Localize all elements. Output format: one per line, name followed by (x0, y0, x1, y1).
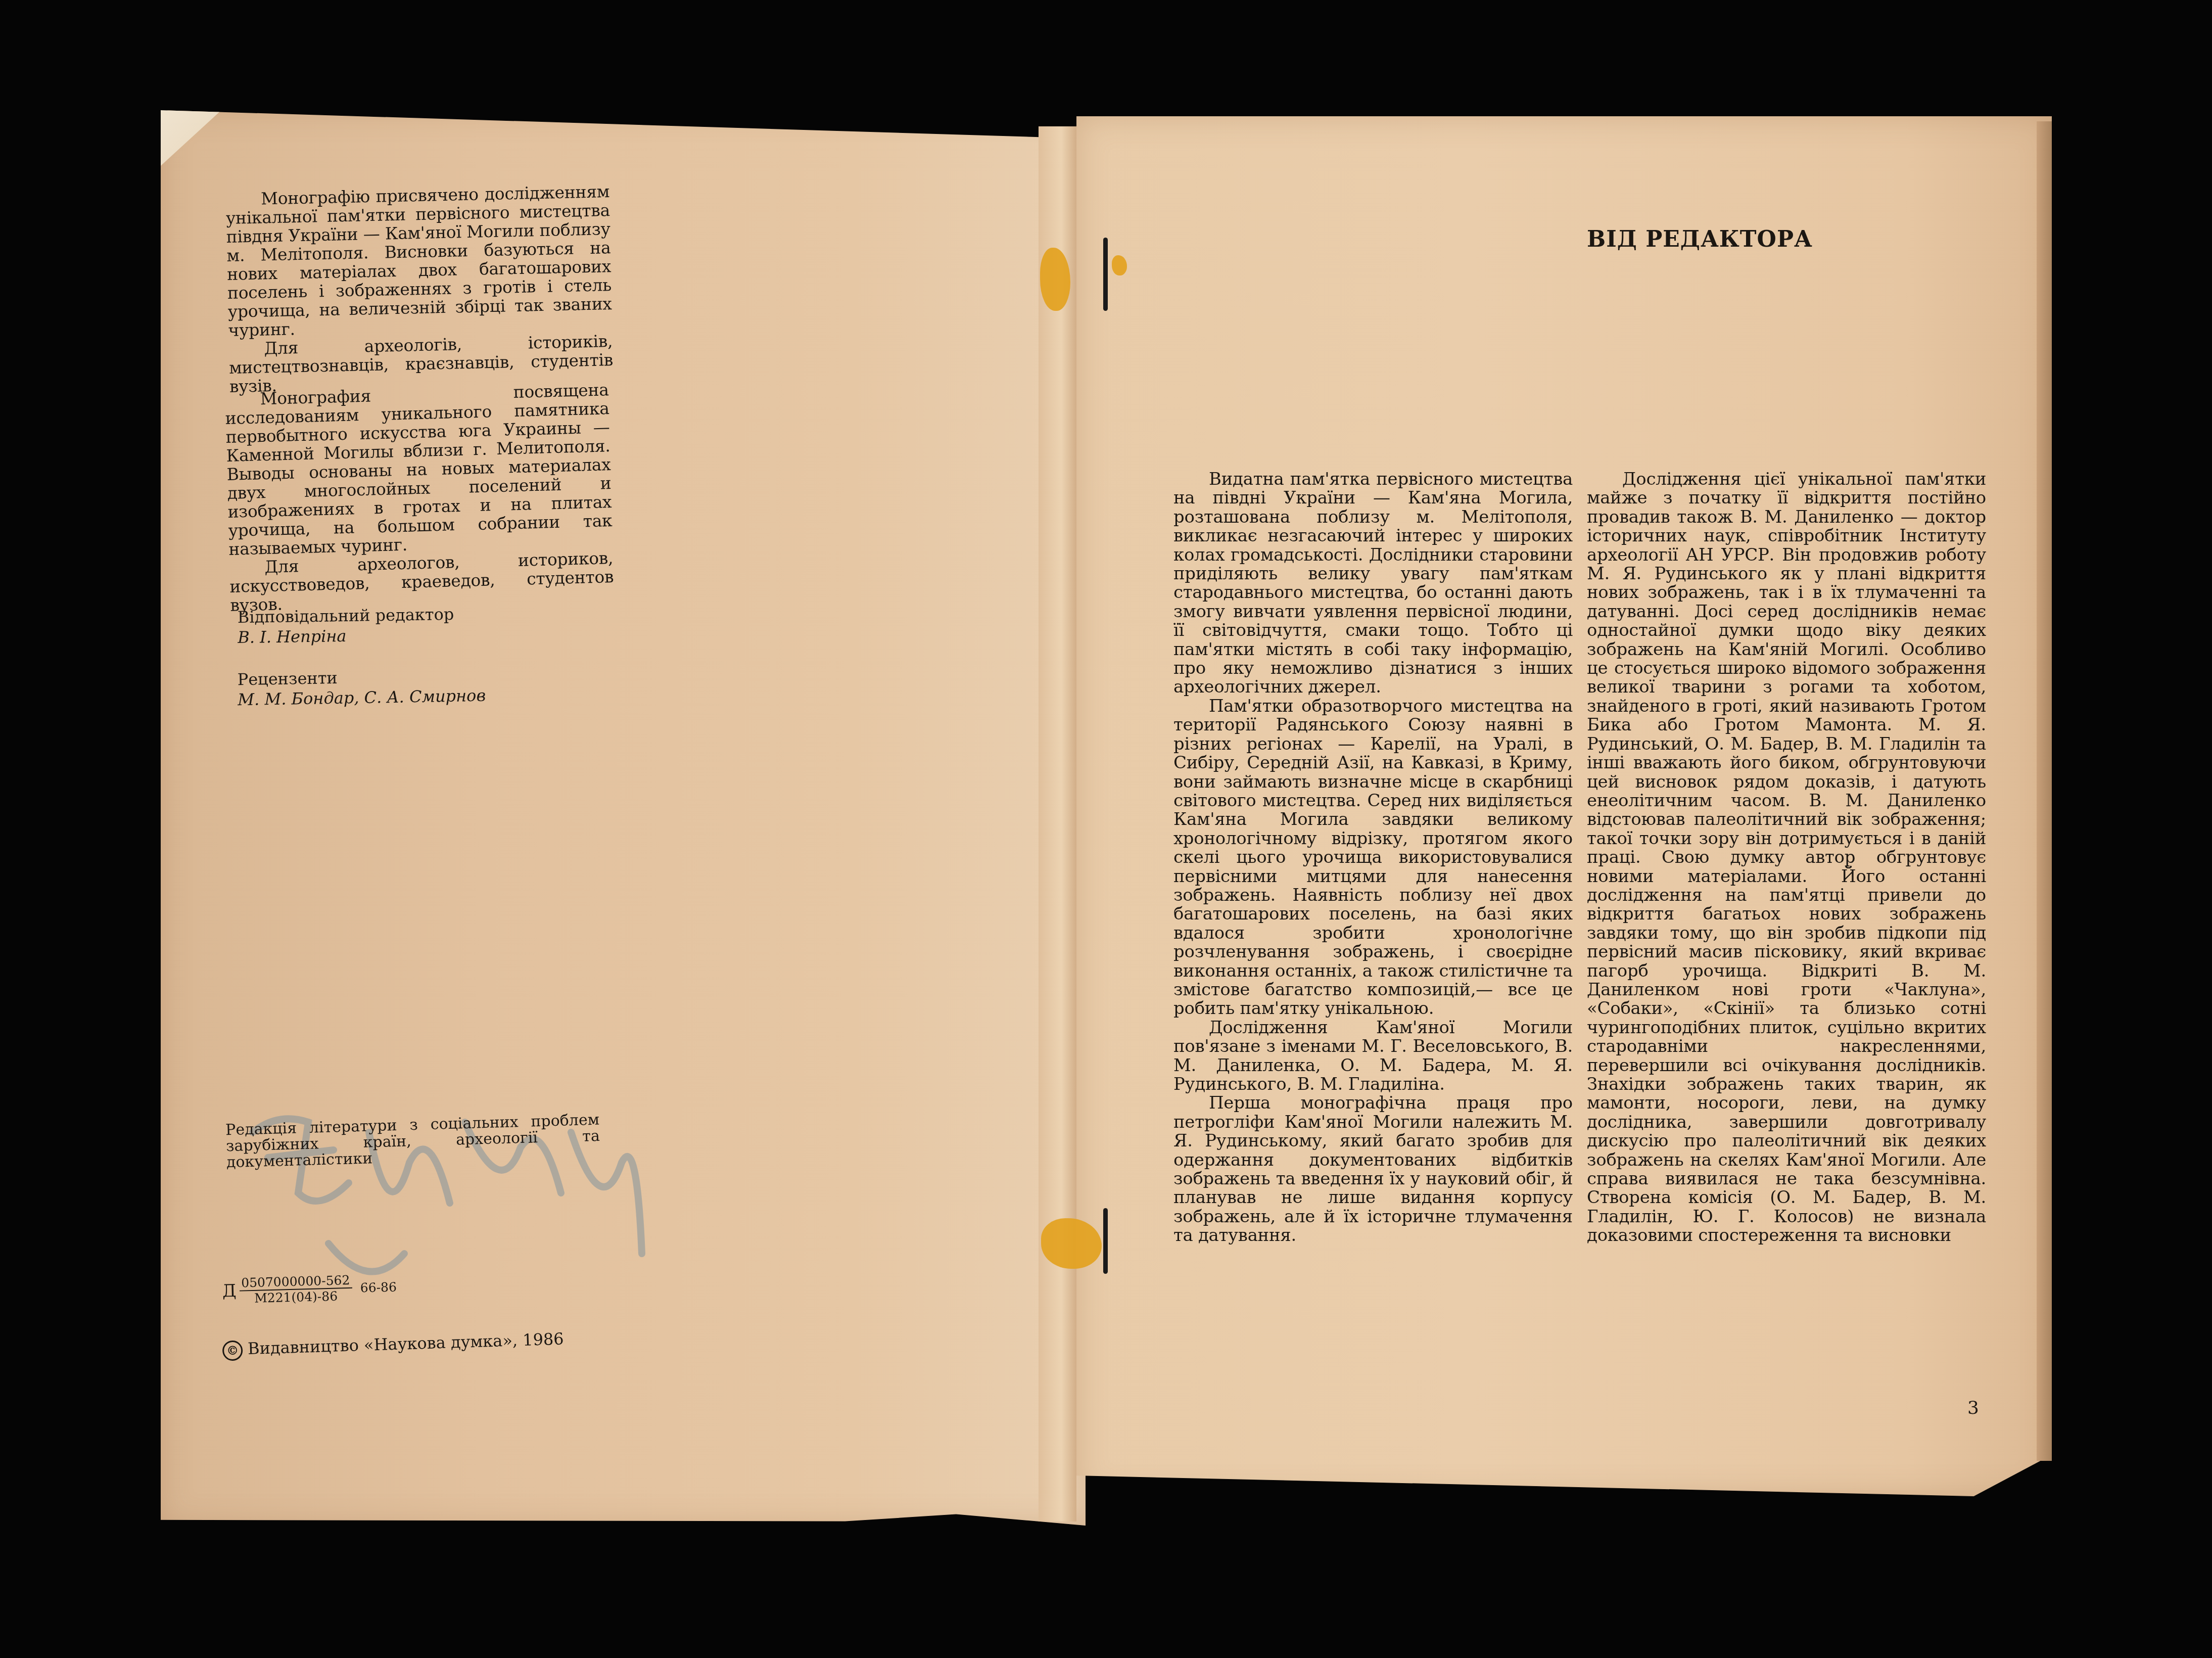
book-spine-gutter (1039, 126, 1076, 1522)
staple-top-icon (1103, 238, 1108, 311)
index-tail: 66-86 (360, 1279, 397, 1295)
reviewers: Рецензенти М. М. Бондар, С. А. Смирнов (237, 665, 486, 710)
worn-corner (161, 110, 221, 166)
editor-name: В. І. Непріна (238, 624, 454, 648)
responsible-editor: Відповідальний редактор В. І. Непріна (237, 604, 454, 648)
reviewers-names: М. М. Бондар, С. А. Смирнов (238, 685, 486, 710)
text-column-left: Видатна пам'ятка первісного мистецтва на… (1173, 470, 1573, 1246)
page-title: ВІД РЕДАКТОРА (1587, 226, 1813, 252)
annotation-ua-text: Монографію присвячено дослідженням уніка… (225, 182, 613, 340)
staple-bottom-icon (1103, 1208, 1108, 1274)
paragraph: Дослідження Кам'яної Могили пов'язане з … (1173, 1019, 1573, 1094)
paragraph: Видатна пам'ятка первісного мистецтва на… (1173, 470, 1573, 697)
publication-index-code: Д 0507000000-562 М221(04)-86 66-86 (222, 1271, 397, 1306)
index-denominator: М221(04)-86 (240, 1288, 353, 1306)
paragraph: Перша монографічна праця про петрогліфи … (1173, 1094, 1573, 1245)
annotation-russian: Монография посвящена исследованиям уника… (224, 380, 614, 615)
annotation-ru-text: Монография посвящена исследованиям уника… (224, 380, 613, 559)
copyright-icon: © (222, 1340, 243, 1361)
paragraph: Дослідження цієї унікальної пам'ятки май… (1587, 470, 1986, 1246)
paragraph: Пам'ятки образотворчого мистецтва на тер… (1173, 697, 1573, 1019)
page-stack-edge (2037, 121, 2052, 1461)
glue-stain-top-right (1112, 255, 1127, 275)
index-fraction: 0507000000-562 М221(04)-86 (239, 1273, 353, 1306)
annotation-ukrainian: Монографію присвячено дослідженням уніка… (225, 182, 614, 396)
editor-label: Відповідальний редактор (237, 604, 454, 627)
index-letter: Д (222, 1281, 237, 1302)
text-column-right: Дослідження цієї унікальної пам'ятки май… (1587, 470, 1986, 1246)
page-number: 3 (1967, 1398, 1979, 1418)
